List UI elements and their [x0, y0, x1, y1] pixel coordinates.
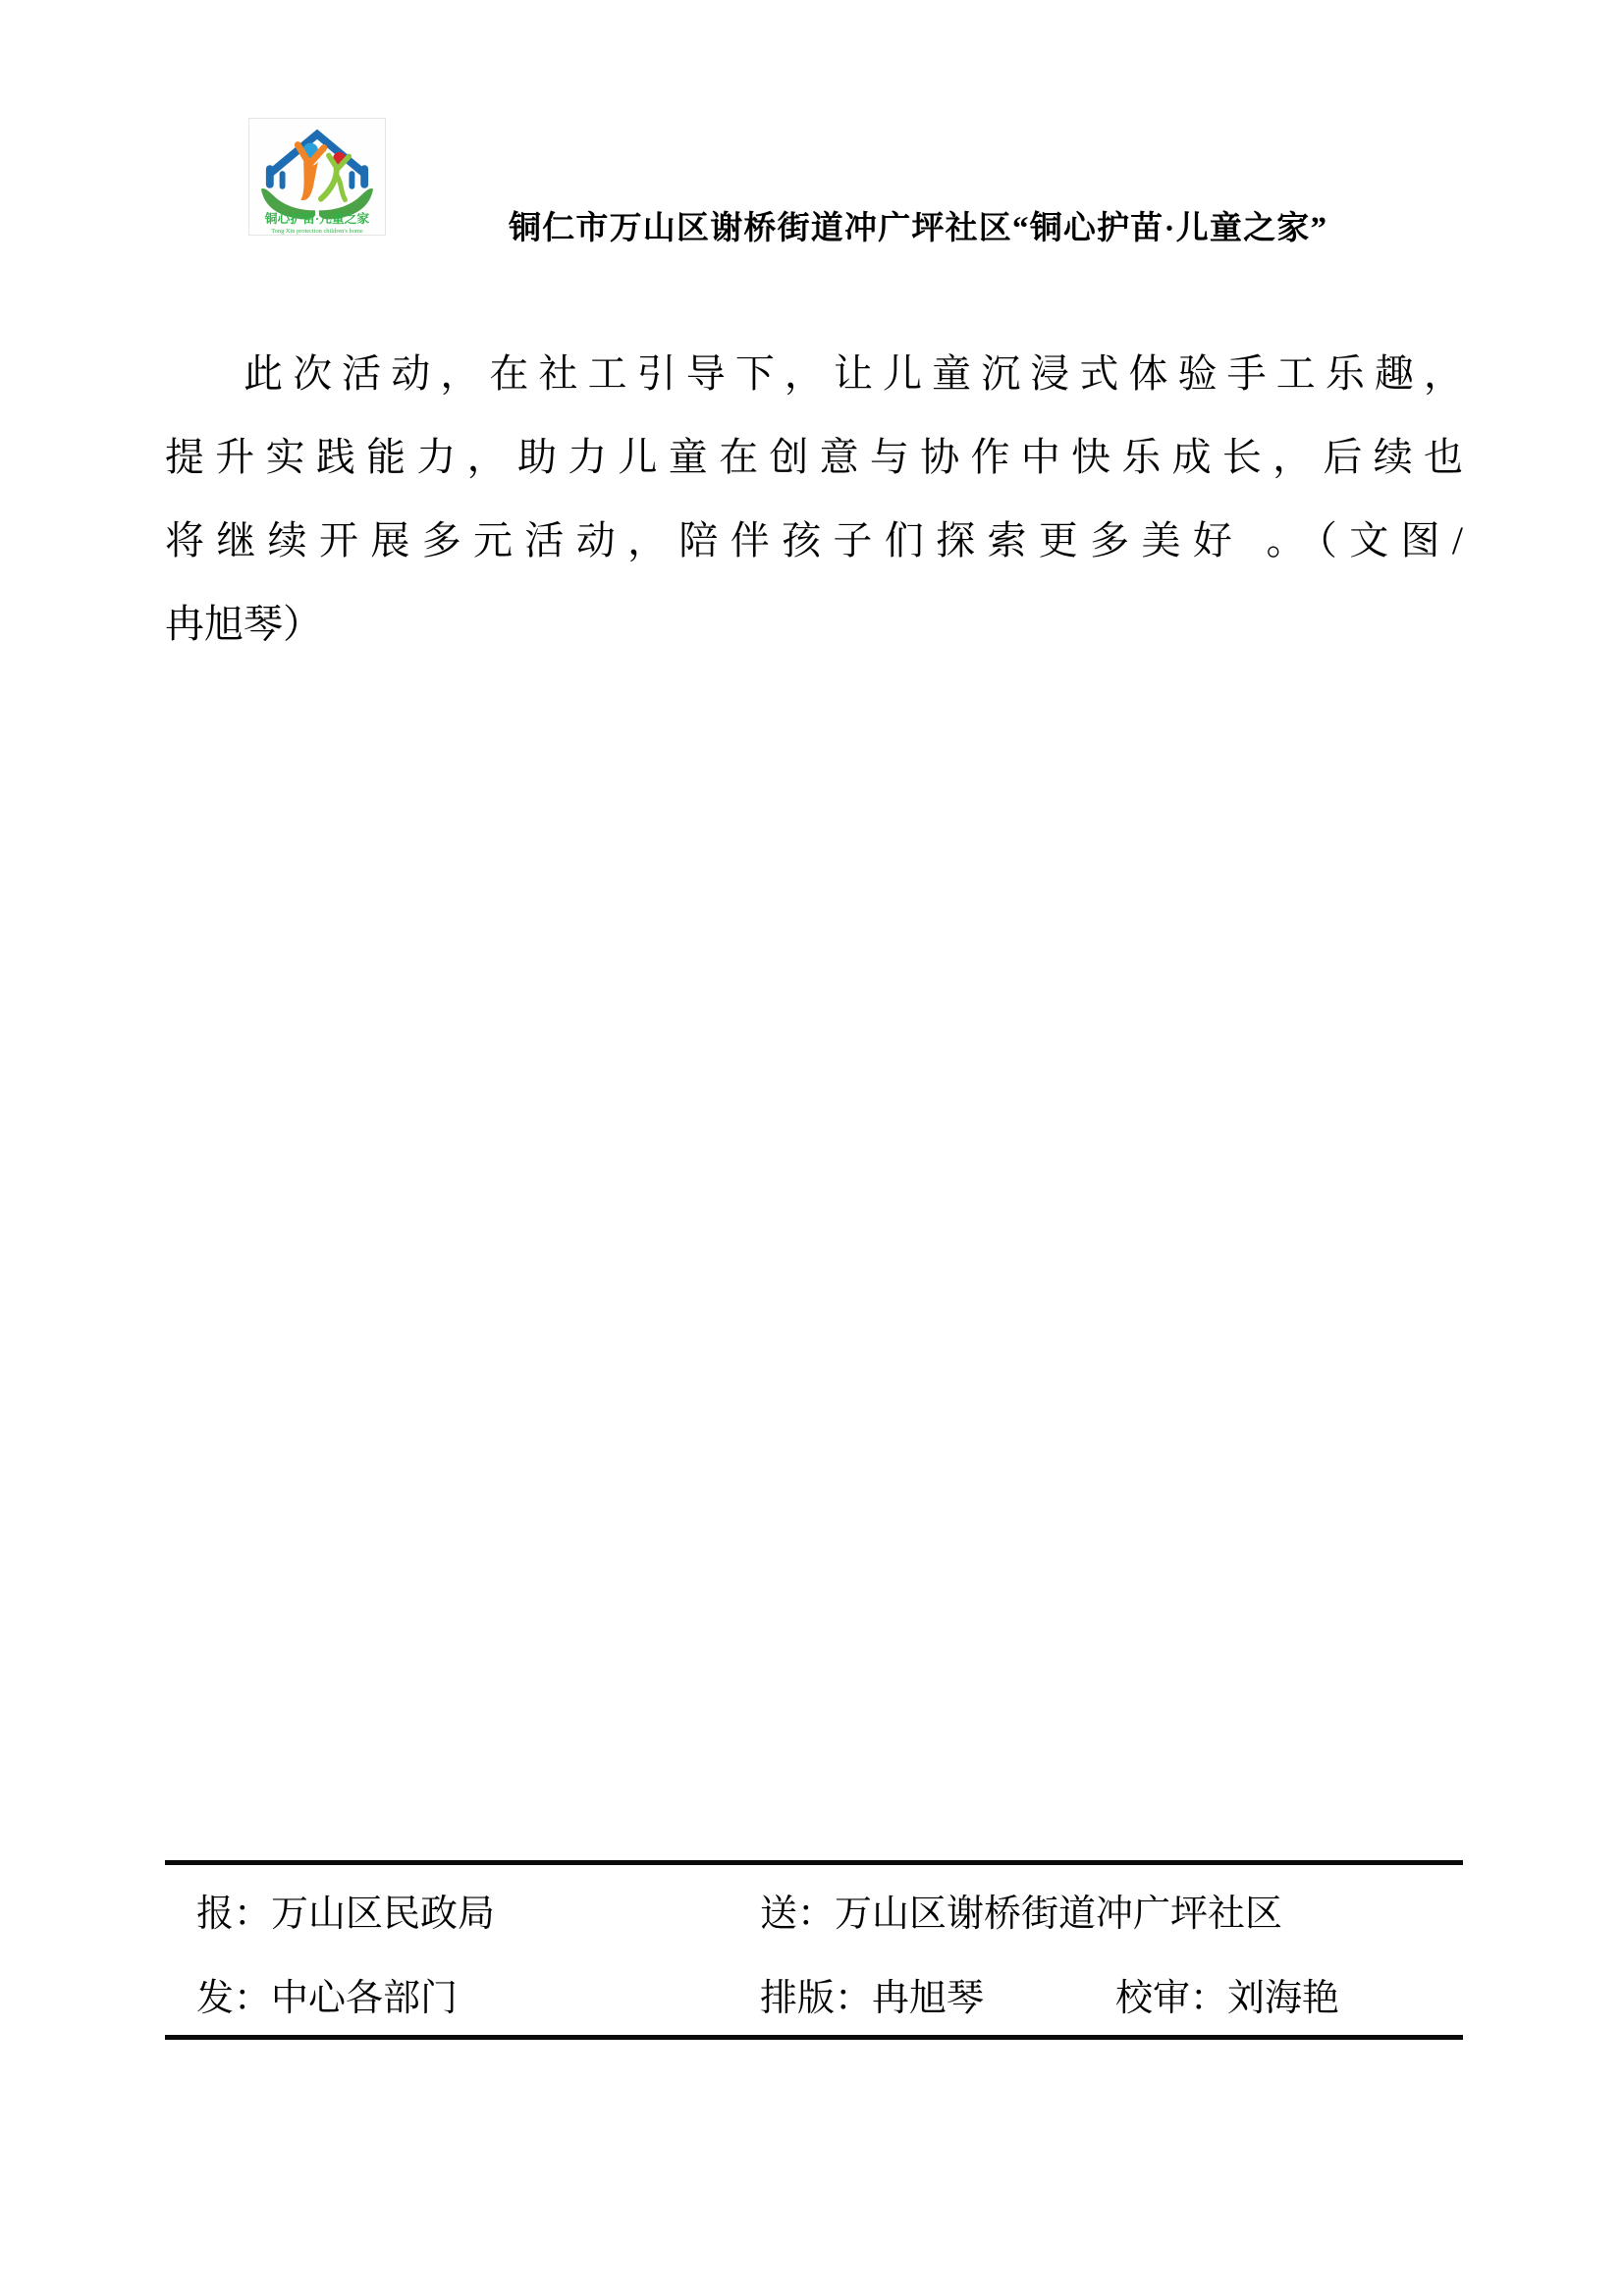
- footer-rule-bottom: [165, 2035, 1463, 2040]
- footer-report-to: 报：万山区民政局: [196, 1883, 495, 1937]
- footer-distribution-row: 报：万山区民政局 送：万山区谢桥街道冲广坪社区: [165, 1883, 1463, 1942]
- logo-title: 铜心护苗·儿童之家: [264, 211, 370, 226]
- footer-send-to: 送：万山区谢桥街道冲广坪社区: [760, 1883, 1282, 1937]
- body-line: 提升实践能力，助力儿童在创意与协作中快乐成长，后续也: [165, 415, 1463, 499]
- body-paragraph: 此次活动，在社工引导下，让儿童沉浸式体验手工乐趣， 提升实践能力，助力儿童在创意…: [165, 332, 1463, 666]
- body-line: 此次活动，在社工引导下，让儿童沉浸式体验手工乐趣，: [165, 332, 1463, 415]
- footer-reviewer: 校审：刘海艳: [1115, 1967, 1339, 2021]
- document-page: 铜心护苗·儿童之家 Tong Xin protection children's…: [0, 0, 1624, 2296]
- child1-body-icon: [300, 161, 318, 200]
- logo-subtitle: Tong Xin protection children's home: [271, 228, 363, 235]
- org-title: 铜仁市万山区谢桥街道冲广坪社区“铜心护苗·儿童之家”: [509, 202, 1412, 248]
- body-line: 冉旭琴）: [165, 582, 1463, 666]
- footer-rule-top: [165, 1860, 1463, 1865]
- house-children-hands-icon: 铜心护苗·儿童之家 Tong Xin protection children's…: [249, 119, 385, 235]
- child2-body-icon: [321, 168, 337, 198]
- children-home-logo: 铜心护苗·儿童之家 Tong Xin protection children's…: [248, 118, 386, 236]
- footer-typesetter: 排版：冉旭琴: [760, 1967, 984, 2021]
- footer-issued-to: 发：中心各部门: [196, 1967, 458, 2021]
- body-line: 将继续开展多元活动，陪伴孩子们探索更多美好 。（文图/: [165, 499, 1463, 582]
- footer-credits-row: 发：中心各部门 排版：冉旭琴 校审：刘海艳: [165, 1967, 1463, 2026]
